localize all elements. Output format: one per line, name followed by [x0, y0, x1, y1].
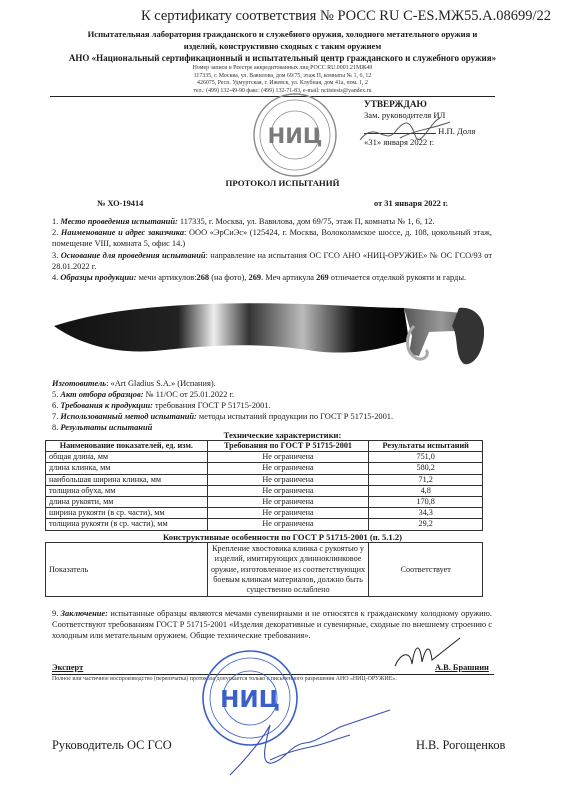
- item-4: 4. Образцы продукции: мечи артикулов:268…: [52, 272, 492, 283]
- requirement-cell: Не ограничена: [207, 485, 369, 496]
- protocol-date: от 31 января 2022 г.: [374, 199, 448, 208]
- requirement-cell: Не ограничена: [207, 508, 369, 519]
- approval-title: УТВЕРЖДАЮ: [364, 99, 475, 110]
- result-cell: 580,2: [369, 463, 483, 474]
- item-2: 2. Наименование и адрес заказчика: ООО «…: [52, 227, 492, 249]
- requirement-cell: Не ограничена: [207, 474, 369, 485]
- design-table-title: Конструктивные особенности по ГОСТ Р 517…: [0, 532, 565, 542]
- protocol-items: 1. Место проведения испытаний: 117335, г…: [52, 216, 492, 283]
- result-cell: 170,8: [369, 496, 483, 507]
- manufacturer: Изготовитель: «Art Gladius S.A.» (Испани…: [52, 378, 492, 389]
- approval-signature-icon: [355, 110, 455, 150]
- requirement-cell: Не ограничена: [207, 452, 369, 463]
- head-position: Руководитель ОС ГСО: [52, 738, 172, 753]
- protocol-items-continued: Изготовитель: «Art Gladius S.A.» (Испани…: [52, 378, 492, 433]
- requirement-cell: Не ограничена: [207, 463, 369, 474]
- result-cell: 34,3: [369, 508, 483, 519]
- lab-name-line2: изделий, конструктивно сходных с таким о…: [0, 41, 565, 52]
- parameter-cell: толщина обуха, мм: [46, 485, 208, 496]
- table-row: длина клинка, ммНе ограничена580,2: [46, 463, 483, 474]
- protocol-title: ПРОТОКОЛ ИСПЫТАНИЙ: [0, 178, 565, 188]
- stamp-top-icon: НИЦ: [252, 92, 338, 178]
- svg-text:НИЦ: НИЦ: [268, 124, 323, 148]
- design-parameter: Показатель: [46, 543, 208, 597]
- tech-table-title: Технические характеристики:: [0, 430, 565, 440]
- item-6: 6. Требования к продукции: требования ГО…: [52, 400, 492, 411]
- table-row: длина рукояти, ммНе ограничена170,8: [46, 496, 483, 507]
- organization-name: АНО «Национальный сертификационный и исп…: [0, 53, 565, 64]
- protocol-number: № ХО-19414: [97, 199, 143, 208]
- table-row: толщина рукояти (в ср. части), ммНе огра…: [46, 519, 483, 530]
- col-header-requirement: Требования по ГОСТ Р 51715-2001: [207, 441, 369, 452]
- tech-characteristics-table: Наименование показателей, ед. изм. Требо…: [45, 440, 483, 531]
- parameter-cell: общая длина, мм: [46, 452, 208, 463]
- col-header-result: Результаты испытаний: [369, 441, 483, 452]
- parameter-cell: толщина рукояти (в ср. части), мм: [46, 519, 208, 530]
- design-features-table: Показатель Крепление хвостовика клинка с…: [45, 542, 483, 597]
- item-1: 1. Место проведения испытаний: 117335, г…: [52, 216, 492, 227]
- certificate-reference: К сертификату соответствия № РОСС RU C-E…: [0, 8, 565, 25]
- requirement-cell: Не ограничена: [207, 496, 369, 507]
- expert-label: Эксперт: [52, 663, 83, 672]
- item-3: 3. Основание для проведения испытаний: н…: [52, 250, 492, 272]
- sword-photo: [54, 296, 484, 386]
- design-result: Соответствует: [369, 543, 483, 597]
- address-moscow: 117335, г. Москва, ул. Вавилова, дом 69/…: [0, 73, 565, 80]
- parameter-cell: ширина рукояти (в ср. части), мм: [46, 508, 208, 519]
- head-name: Н.В. Рогощенков: [416, 738, 505, 753]
- lab-name-line1: Испытательная лаборатория гражданского и…: [0, 29, 565, 40]
- address-izhevsk: 426075, Респ. Удмуртская, г. Ижевск, ул.…: [0, 80, 565, 87]
- table-row: наибольшая ширина клинка, ммНе ограничен…: [46, 474, 483, 485]
- result-cell: 71,2: [369, 474, 483, 485]
- item-5: 5. Акт отбора образцов: № 11/ОС от 25.01…: [52, 389, 492, 400]
- result-cell: 29,2: [369, 519, 483, 530]
- registry-number: Номер записи в Реестре аккредитованных л…: [0, 65, 565, 72]
- expert-name: А.В. Брашнин: [435, 663, 489, 672]
- col-header-parameter: Наименование показателей, ед. изм.: [46, 441, 208, 452]
- table-row: Показатель Крепление хвостовика клинка с…: [46, 543, 483, 597]
- parameter-cell: наибольшая ширина клинка, мм: [46, 474, 208, 485]
- table-row: толщина обуха, ммНе ограничена4,8: [46, 485, 483, 496]
- head-signature-icon: [210, 705, 400, 780]
- result-cell: 751,0: [369, 452, 483, 463]
- requirement-cell: Не ограничена: [207, 519, 369, 530]
- parameter-cell: длина рукояти, мм: [46, 496, 208, 507]
- table-row: ширина рукояти (в ср. части), ммНе огран…: [46, 508, 483, 519]
- result-cell: 4,8: [369, 485, 483, 496]
- item-7: 7. Использованный метод испытаний: метод…: [52, 411, 492, 422]
- parameter-cell: длина клинка, мм: [46, 463, 208, 474]
- table-row: общая длина, ммНе ограничена751,0: [46, 452, 483, 463]
- design-requirement: Крепление хвостовика клинка с рукоятью у…: [207, 543, 369, 597]
